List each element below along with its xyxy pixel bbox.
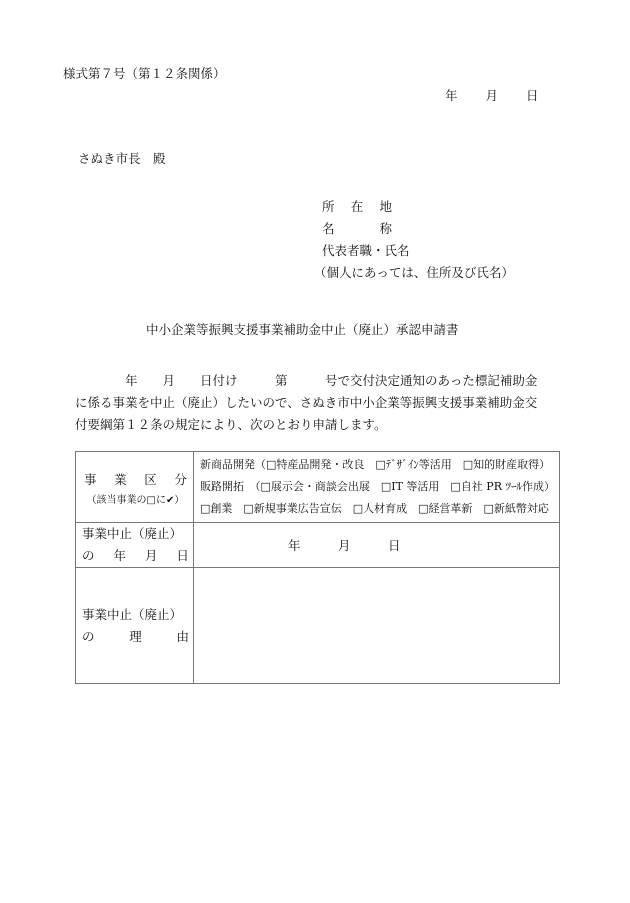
addressee: さぬき市長 殿	[78, 153, 166, 166]
category-line-other[interactable]: □創業 □新規事業広告宣伝 □人材育成 □経営革新 □新紙幣対応	[200, 498, 555, 520]
header-date-month: 月	[486, 90, 499, 103]
reason-label-line1: 事業中止（廃止）	[82, 604, 189, 626]
category-line-sales-channel[interactable]: 販路開拓 （□展示会・商談会出展 □IT 等活用 □自社 PR ﾂｰﾙ作成）	[200, 476, 555, 498]
category-label-cell: 事 業 区 分 （該当事業の□に✔）	[76, 452, 194, 523]
body-line-3: 付要綱第１２条の規定により、次のとおり申請します。	[75, 414, 565, 436]
reason-label-cell: 事業中止（廃止） の 理 由	[76, 568, 194, 684]
header-date-day: 日	[526, 90, 539, 103]
reason-field[interactable]	[193, 568, 559, 684]
document-title: 中小企業等振興支援事業補助金中止（廃止）承認申請書	[146, 324, 459, 337]
stop-date-label-line2: の 年 月 日	[82, 545, 189, 567]
row-reason: 事業中止（廃止） の 理 由	[76, 568, 560, 684]
category-note: （該当事業の□に✔）	[82, 491, 189, 506]
stop-date-label-cell: 事業中止（廃止） の 年 月 日	[76, 523, 194, 568]
row-stop-date: 事業中止（廃止） の 年 月 日 年 月 日	[76, 523, 560, 568]
body-line-1: 年 月 日付け 第 号で交付決定通知のあった標記補助金	[75, 370, 565, 392]
name-label: 名 称	[320, 218, 392, 240]
stop-date-label-line1: 事業中止（廃止）	[82, 523, 189, 545]
reason-label-line2: の 理 由	[82, 626, 189, 648]
applicant-block: 所 在 地 名 称 代表者職・氏名 （個人にあっては、住所及び氏名）	[320, 196, 514, 284]
individual-note: （個人にあっては、住所及び氏名）	[314, 262, 514, 284]
body-line-2: に係る事業を中止（廃止）したいので、さぬき市中小企業等振興支援事業補助金交	[75, 392, 565, 414]
row-category: 事 業 区 分 （該当事業の□に✔） 新商品開発（□特産品開発・改良 □ﾃﾞｻﾞ…	[76, 452, 560, 523]
stop-date-field[interactable]: 年 月 日	[193, 523, 559, 568]
stop-date-value[interactable]: 年 月 日	[194, 536, 559, 554]
application-table: 事 業 区 分 （該当事業の□に✔） 新商品開発（□特産品開発・改良 □ﾃﾞｻﾞ…	[75, 451, 560, 684]
representative-label: 代表者職・氏名	[320, 240, 514, 262]
body-text: 年 月 日付け 第 号で交付決定通知のあった標記補助金 に係る事業を中止（廃止）…	[75, 370, 565, 436]
category-label: 事 業 区 分	[82, 469, 189, 491]
form-number: 様式第７号（第１２条関係）	[63, 68, 226, 81]
category-options-cell[interactable]: 新商品開発（□特産品開発・改良 □ﾃﾞｻﾞｲﾝ等活用 □知的財産取得） 販路開拓…	[193, 452, 559, 523]
category-line-new-product[interactable]: 新商品開発（□特産品開発・改良 □ﾃﾞｻﾞｲﾝ等活用 □知的財産取得）	[200, 454, 555, 476]
header-date-year: 年	[445, 90, 458, 103]
header-date: 年月日	[445, 90, 539, 103]
address-label: 所 在 地	[320, 196, 392, 218]
